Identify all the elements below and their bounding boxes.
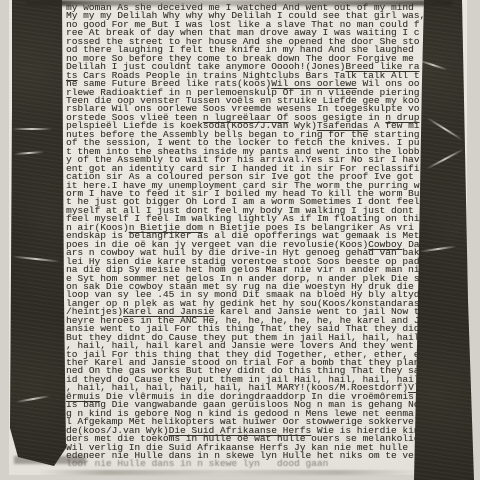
scratch-mark bbox=[12, 128, 52, 130]
typewritten-text: my woman As she deceived me I watched An… bbox=[66, 4, 426, 469]
top-edge-smudge bbox=[26, 0, 452, 6]
text-line: loor nie Hulle dans in n skewe lyn dood … bbox=[66, 460, 426, 468]
scanned-page: my woman As she deceived me I watched An… bbox=[0, 0, 480, 480]
bottom-edge-smudge bbox=[38, 470, 423, 475]
